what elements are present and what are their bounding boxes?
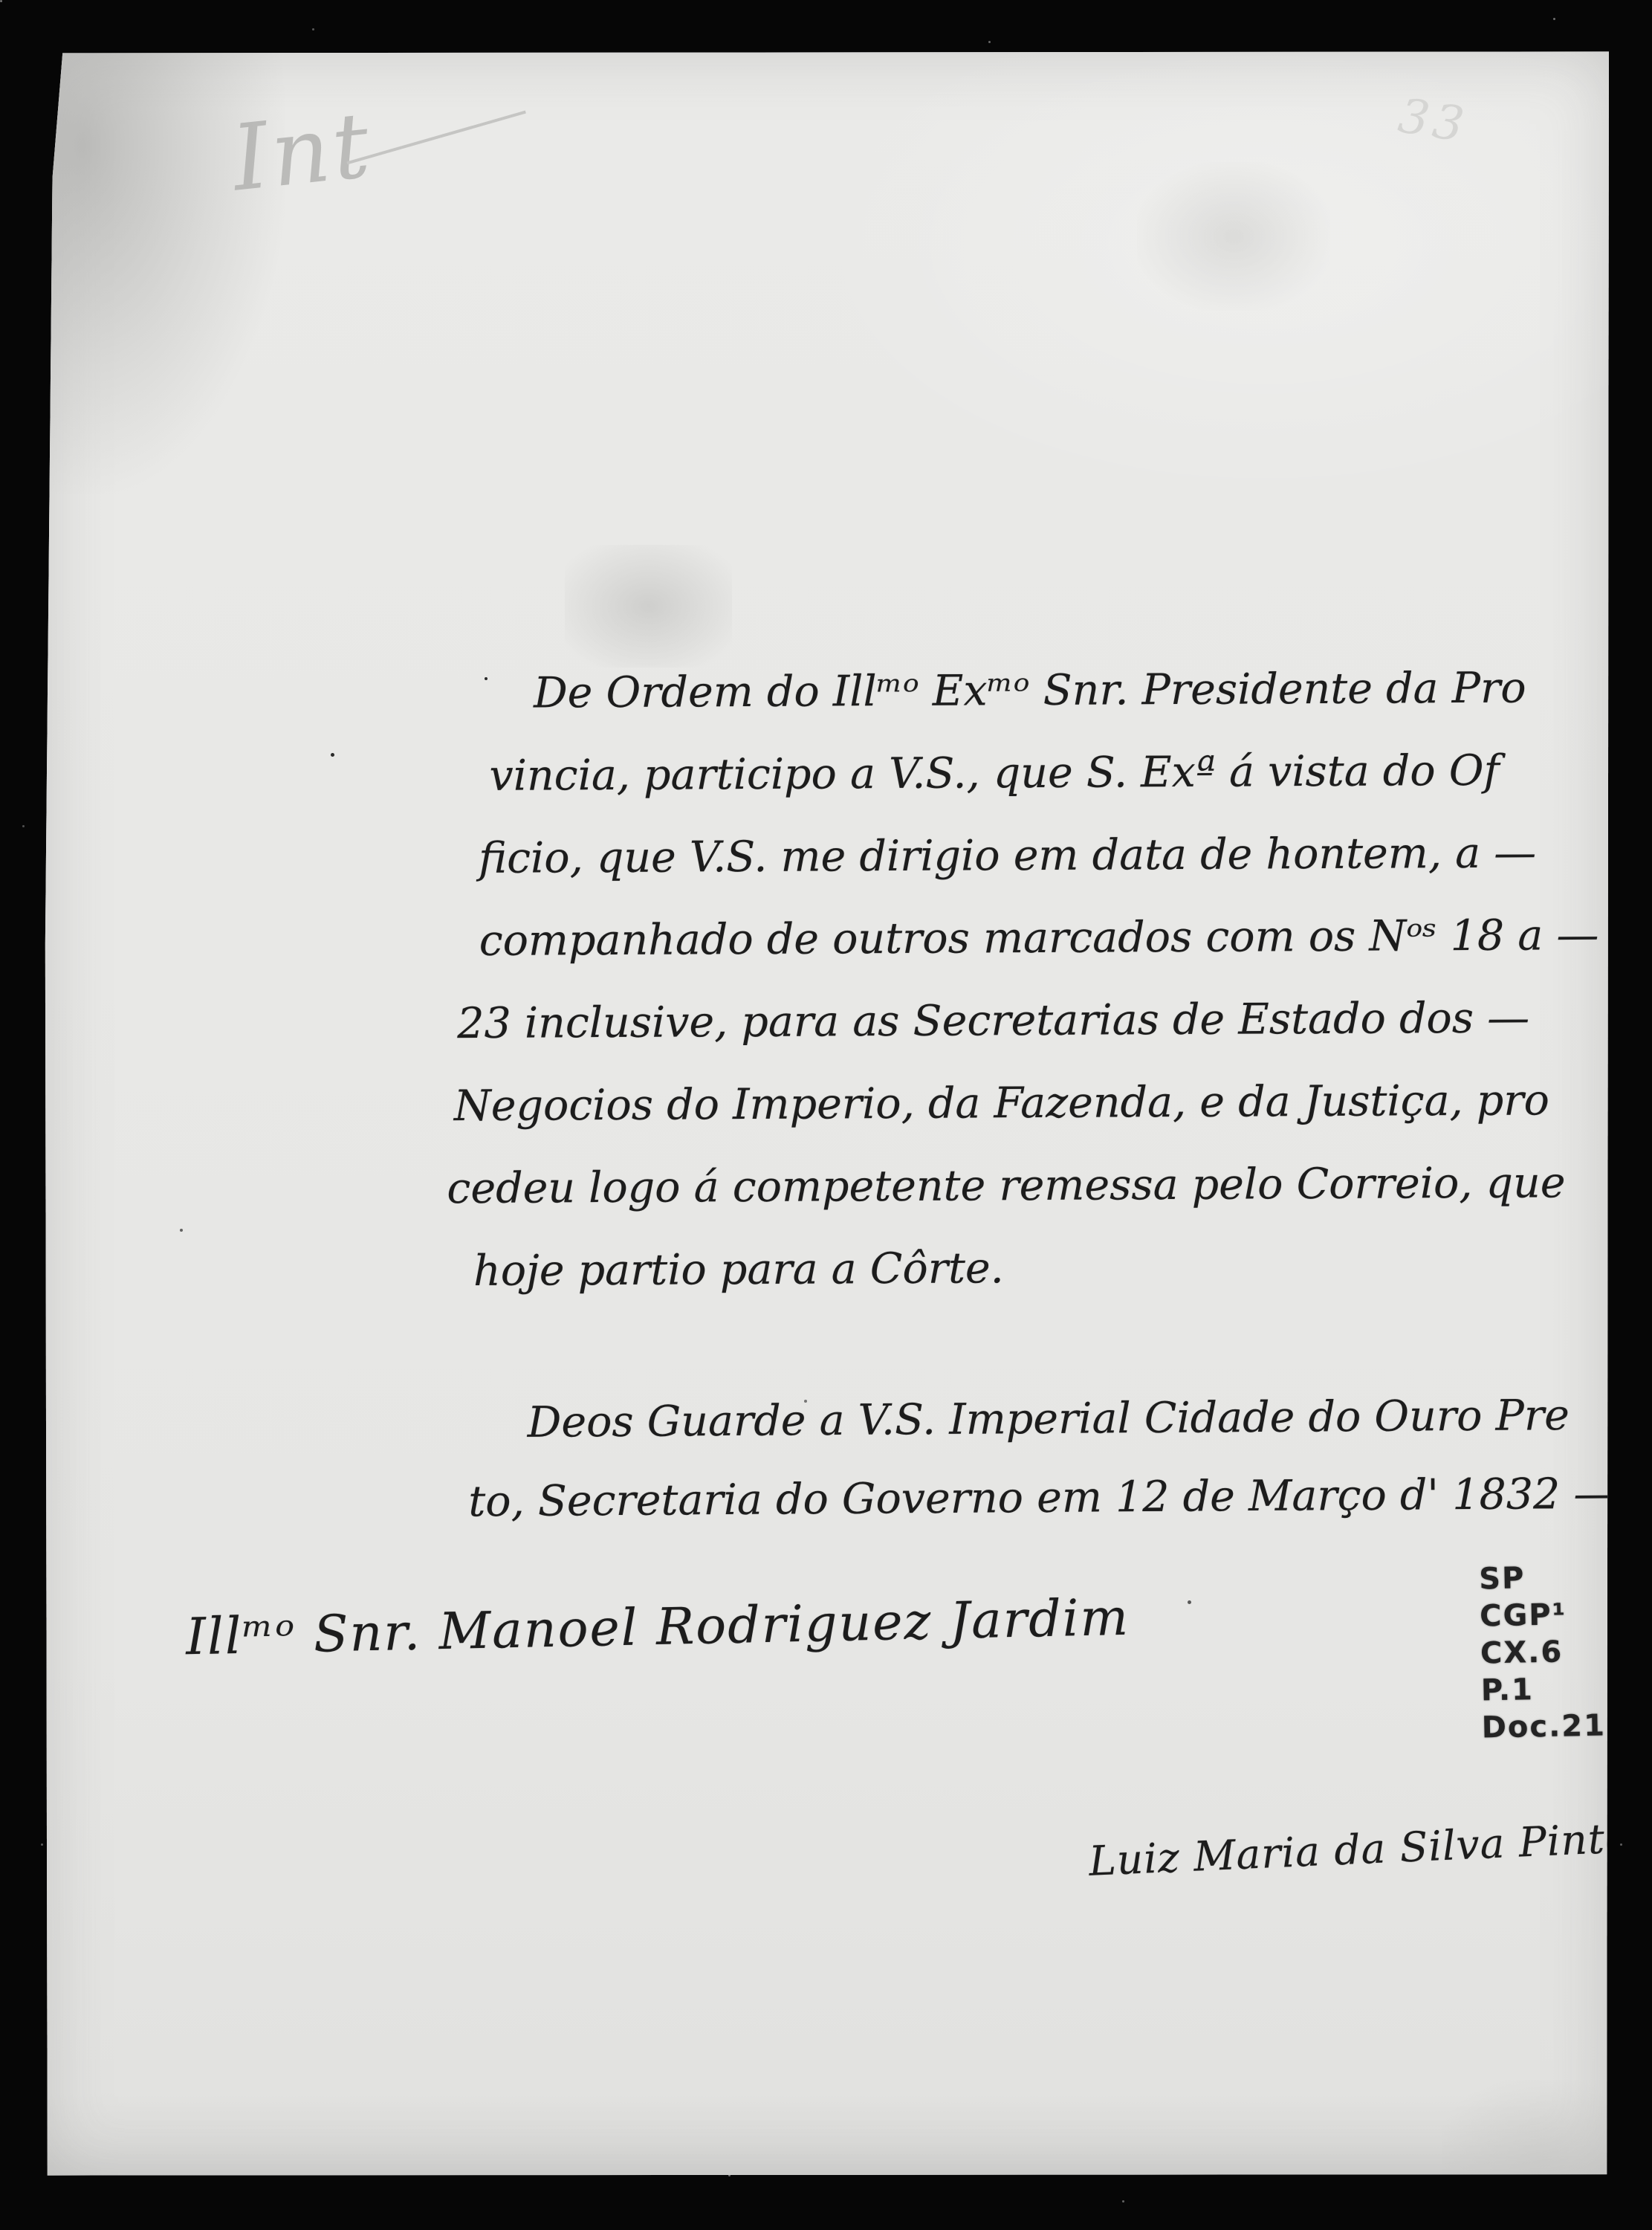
stamp-line: SP	[1479, 1559, 1604, 1598]
ink-fleck	[180, 1229, 183, 1232]
body-line: companhado de outros marcados com os Nᵒˢ…	[479, 894, 1624, 983]
pencil-page-number: 33	[1395, 88, 1472, 154]
closing-line: Deos Guarde a V.S. Imperial Cidade do Ou…	[527, 1375, 1635, 1461]
stamp-line: CGP¹	[1480, 1596, 1604, 1635]
paper-stain-center	[565, 545, 732, 668]
letter-closing: Deos Guarde a V.S. Imperial Cidade do Ou…	[445, 1375, 1635, 1541]
pencil-annotation-text: Int	[227, 92, 378, 212]
body-line: ficio, que V.S. me dirigio em data de ho…	[479, 812, 1624, 900]
scanned-manuscript-page: { "scan": { "pencil_top_left": "Int", "p…	[0, 0, 1652, 2230]
closing-line: to, Secretaria do Governo em 12 de Março…	[468, 1454, 1636, 1541]
body-line: vincia, participo a V.S., que S. Exª á v…	[489, 729, 1623, 818]
signature-luiz-maria-da-silva-pinto: Luiz Maria da Silva Pinto	[1088, 1814, 1631, 1885]
body-line: Negocios do Imperio, da Fazenda, e da Ju…	[454, 1059, 1625, 1148]
body-line: cedeu logo á competente remessa pelo Cor…	[447, 1142, 1625, 1230]
stamp-line: P.1	[1480, 1670, 1605, 1710]
ink-fleck	[331, 753, 334, 757]
stamp-line: CX.6	[1480, 1633, 1605, 1672]
letter-body: De Ordem do Illᵐᵒ Exᵐᵒ Snr. Presidente d…	[444, 647, 1626, 1313]
body-line: hoje partio para a Côrte.	[473, 1224, 1626, 1313]
archival-reference-stamp: SP CGP¹ CX.6 P.1 Doc.21	[1479, 1559, 1607, 1747]
scanner-dust-specks	[0, 0, 2, 2]
body-line: De Ordem do Illᵐᵒ Exᵐᵒ Snr. Presidente d…	[534, 647, 1623, 735]
paper-stain-upper-right	[1137, 162, 1330, 311]
addressee-line: Illᵐᵒ Snr. Manoel Rodriguez Jardim	[185, 1589, 1130, 1667]
stamp-line: Doc.21	[1481, 1707, 1606, 1747]
body-line: 23 inclusive, para as Secretarias de Est…	[457, 977, 1625, 1065]
ink-fleck	[1188, 1600, 1191, 1604]
letter-paper-sheet: Int 33 De Ordem do Illᵐᵒ Exᵐᵒ Snr. Presi…	[45, 51, 1610, 2176]
pencil-annotation-int: Int	[227, 73, 562, 212]
paper-stain-bottom-right	[1442, 2080, 1613, 2214]
pencil-flourish-stroke	[346, 111, 525, 165]
